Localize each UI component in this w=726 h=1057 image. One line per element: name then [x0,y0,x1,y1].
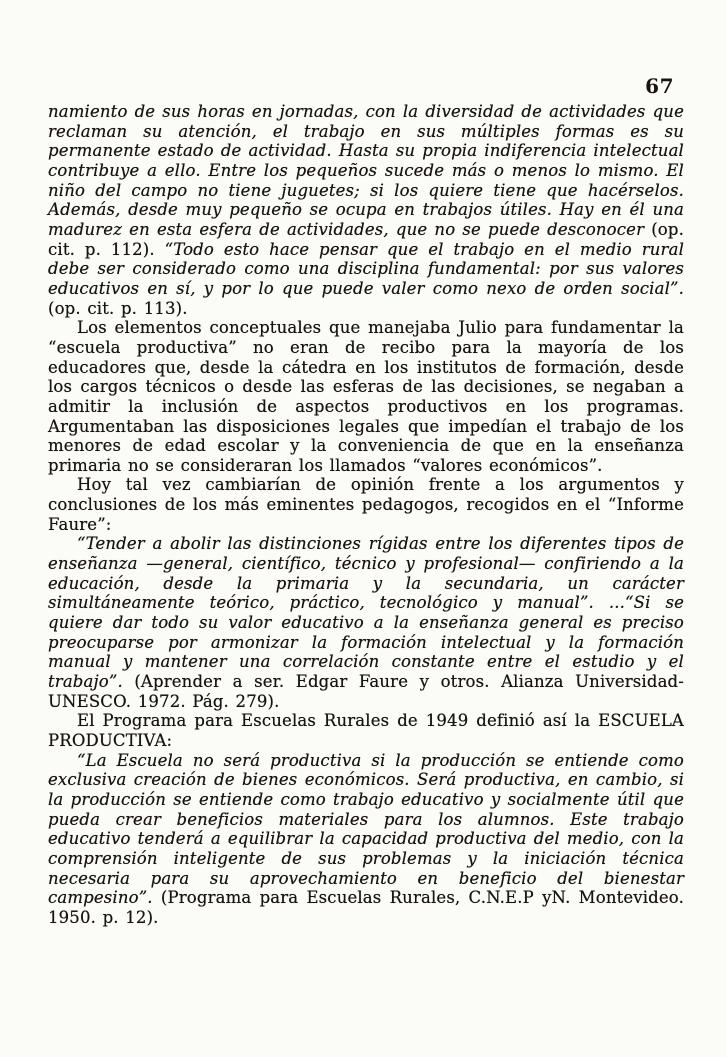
paragraph-programa-1949-intro: El Programa para Escuelas Rurales de 194… [48,711,684,750]
paragraph-faure-quote: “Tender a abolir las distinciones rígida… [48,534,684,711]
text-segment-roman: Los elementos conceptuales que manejaba … [48,318,684,475]
text-segment-italic: “La Escuela no será productiva si la pro… [48,751,684,908]
book-page: 67 namiento de sus horas en jornadas, co… [0,0,726,1057]
page-number: 67 [645,74,674,98]
text-segment-italic: namiento de sus horas en jornadas, con l… [48,102,684,239]
text-segment-roman: (Aprender a ser. Edgar Faure y otros. Al… [48,672,684,711]
scanned-book-page: { "page": { "number": "67", "paper_color… [0,0,726,1057]
paragraph-continuation: namiento de sus horas en jornadas, con l… [48,102,684,318]
text-block: namiento de sus horas en jornadas, con l… [48,102,684,928]
paragraph-elementos-conceptuales: Los elementos conceptuales que manejaba … [48,318,684,475]
text-segment-roman: (op. cit. p. 113). [48,299,188,318]
text-segment-roman: El Programa para Escuelas Rurales de 194… [48,711,684,750]
text-segment-roman: Hoy tal vez cambiarían de opinión frente… [48,475,684,533]
text-segment-italic: “Tender a abolir las distinciones rígida… [48,534,684,691]
paragraph-informe-faure-intro: Hoy tal vez cambiarían de opinión frente… [48,475,684,534]
paragraph-escuela-productiva-quote: “La Escuela no será productiva si la pro… [48,751,684,928]
